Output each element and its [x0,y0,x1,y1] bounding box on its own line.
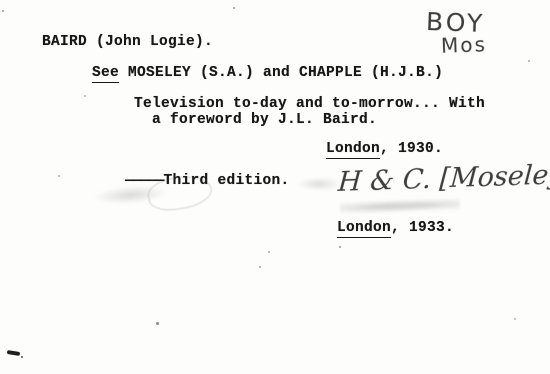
imprint-1933-year: , 1933. [391,220,454,236]
title-line-2: a foreword by J.L. Baird. [152,112,377,128]
ink-mark [21,356,23,358]
imprint-1930: London, 1930. [326,141,443,157]
paper-speck [58,175,60,177]
pencil-smudge [296,177,342,191]
paper-speck [259,266,261,268]
handwritten-moseley-note: H & C. [Moseley] [337,159,550,198]
paper-speck [528,60,530,62]
see-reference-text: MOSELEY (S.A.) and CHAPPLE (H.J.B.) [119,65,443,81]
paper-speck [233,7,235,9]
edition-line: —————Third edition. [125,173,290,189]
paper-speck [268,251,270,253]
edition-text: Third edition. [164,173,290,189]
catalog-card: BAIRD (John Logie). See MOSELEY (S.A.) a… [0,0,550,374]
paper-speck [339,246,341,248]
paper-speck [84,95,86,97]
handwritten-shelfmark-line2: Mos [441,32,488,58]
see-reference-line: See MOSELEY (S.A.) and CHAPPLE (H.J.B.) [92,65,443,81]
paper-speck [514,318,516,320]
repeat-author-dash: ————— [125,173,164,189]
see-label: See [92,65,119,83]
author-heading: BAIRD (John Logie). [42,34,213,50]
imprint-1933: London, 1933. [337,220,454,236]
pencil-smudge [340,196,460,216]
imprint-1930-place: London [326,141,380,159]
ink-mark [7,350,20,356]
paper-speck [156,322,159,325]
paper-speck [2,10,4,12]
title-line-1: Television to-day and to-morrow... With [134,96,485,112]
imprint-1930-year: , 1930. [380,141,443,157]
imprint-1933-place: London [337,220,391,238]
